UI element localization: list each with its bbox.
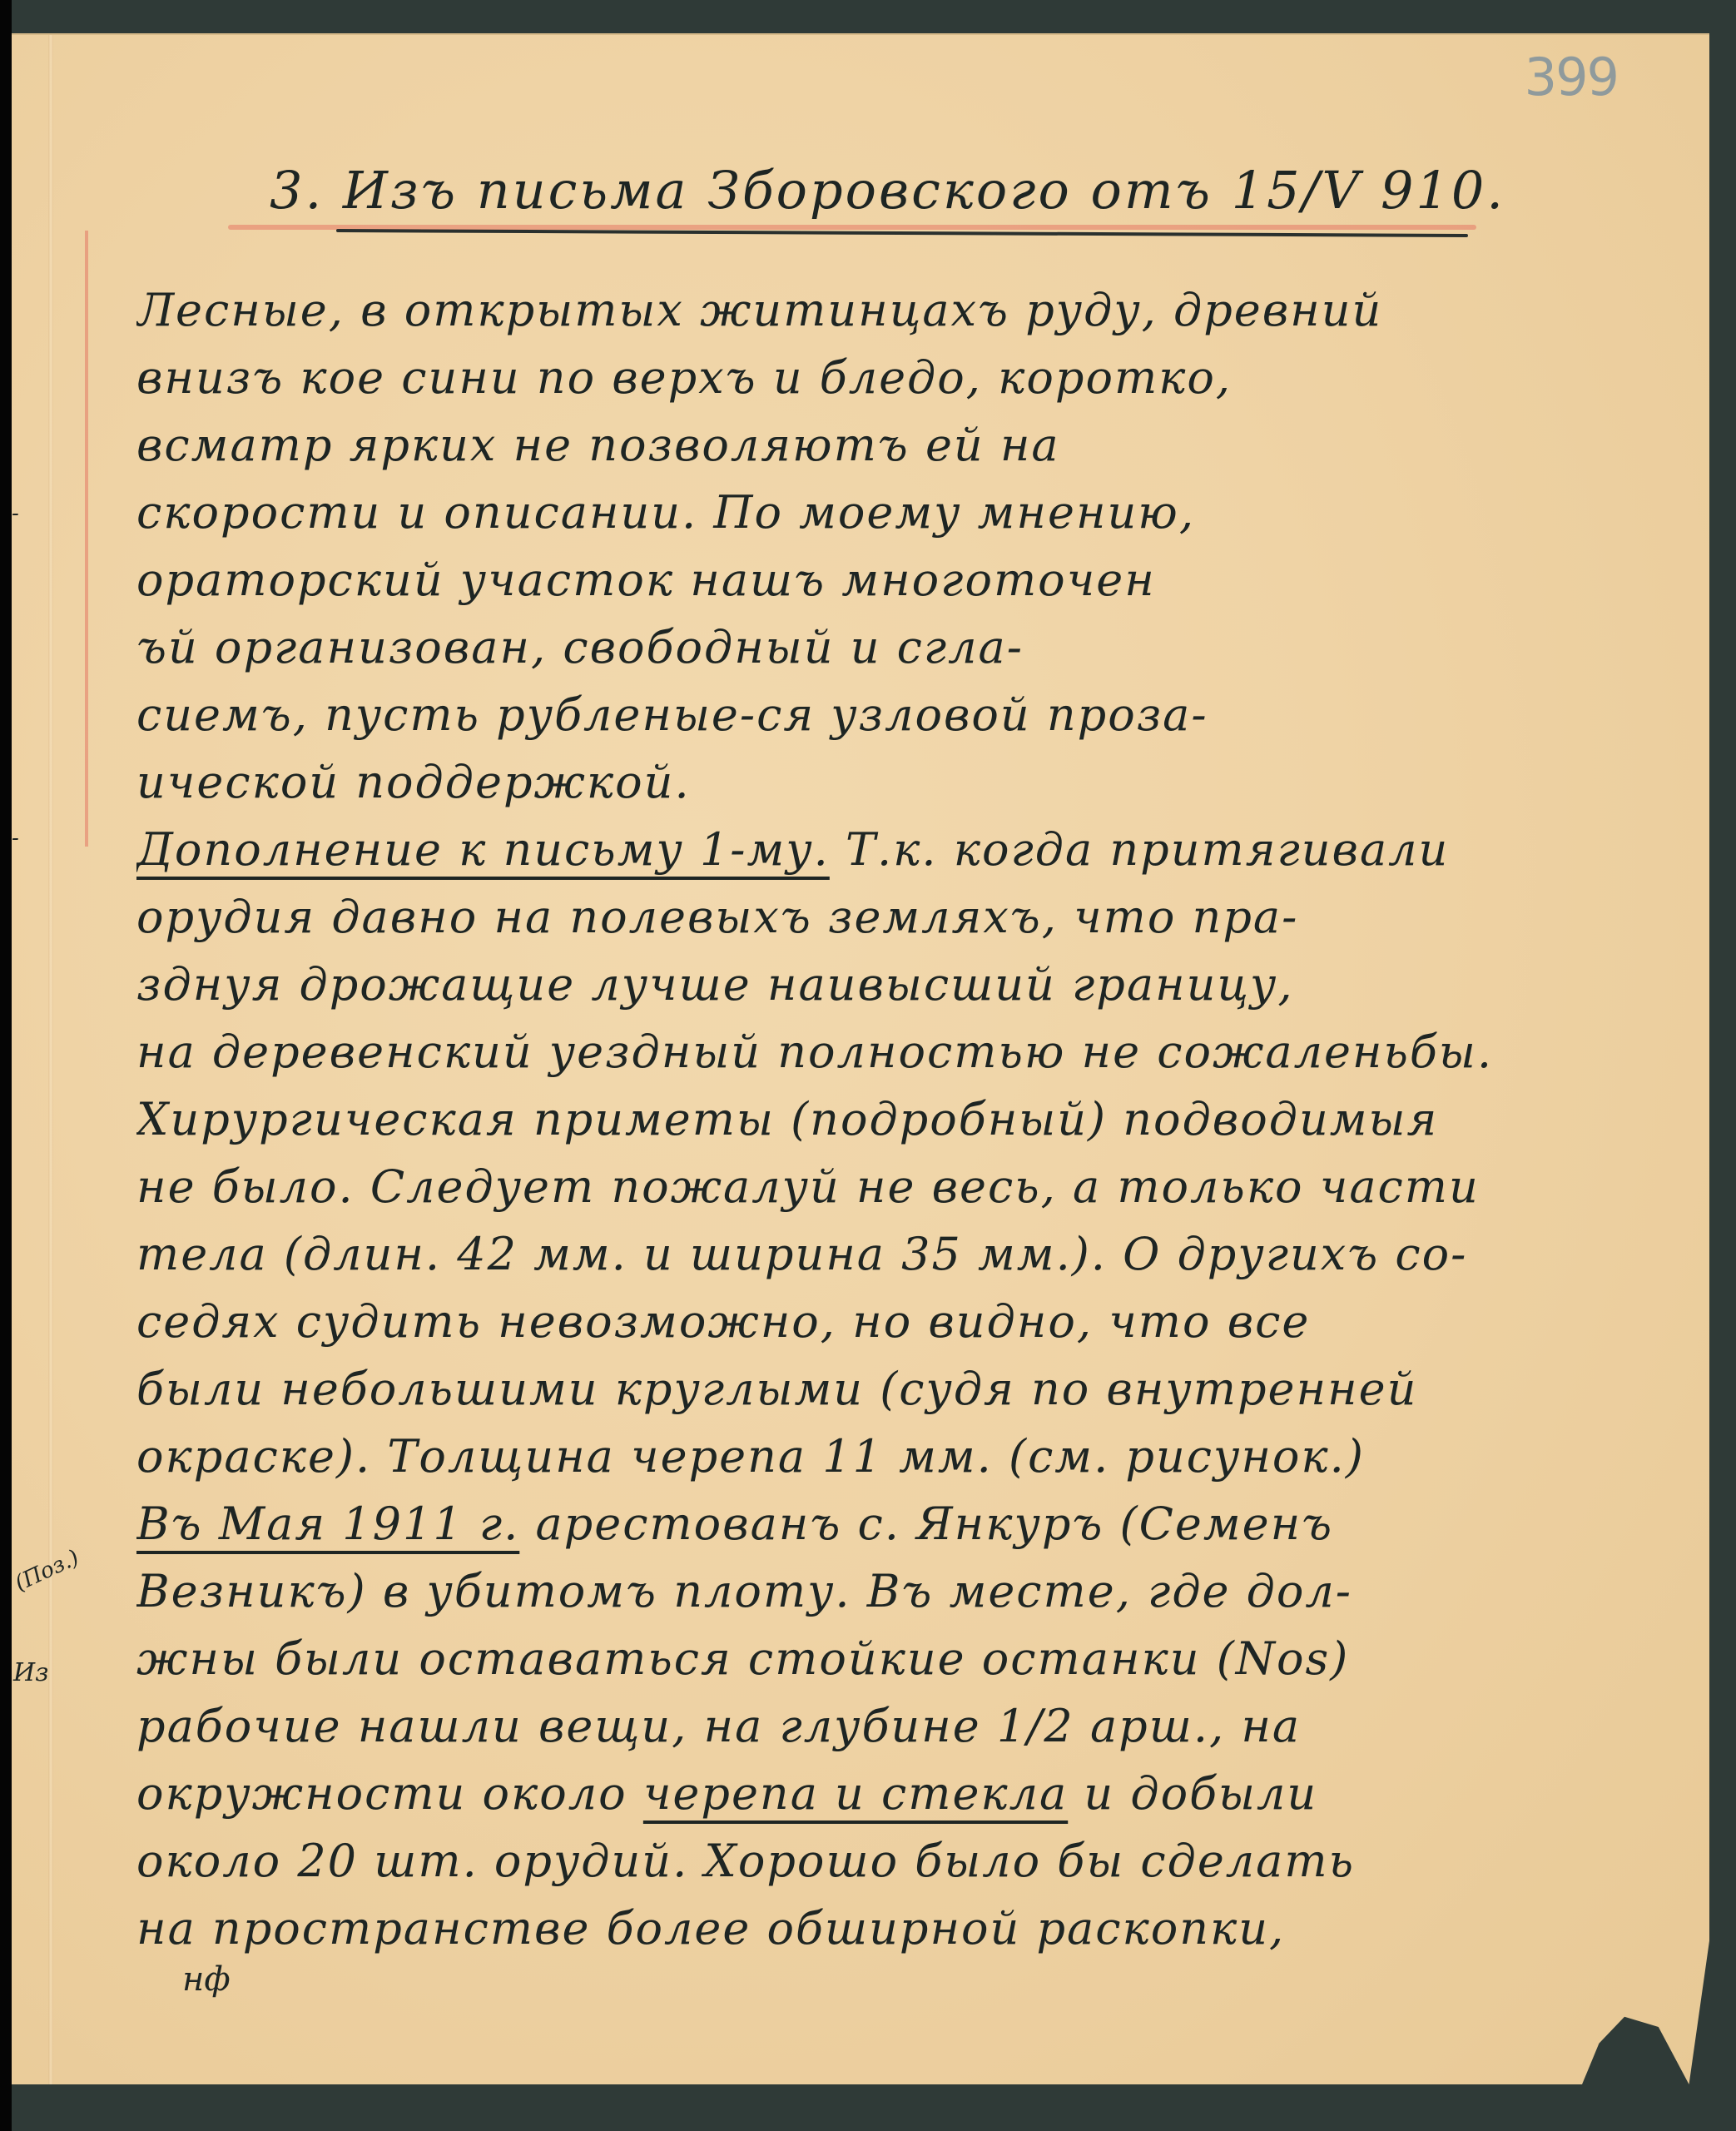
margin-tick-mark: -	[12, 826, 19, 851]
text-line: жны были оставаться стойкие останки (Nos…	[136, 1625, 1701, 1692]
letter-title: 3. Изъ письма Зборовского отъ 15/V 910.	[270, 160, 1505, 221]
text-line: тела (длин. 42 мм. и ширина 35 мм.). О д…	[136, 1220, 1701, 1288]
text-line-underlined-phrase: окружности около черепа и стекла и добыл…	[136, 1760, 1701, 1827]
margin-annotation: Из	[13, 1658, 49, 1687]
manuscript-page: 399 3. Изъ письма Зборовского отъ 15/V 9…	[12, 33, 1709, 2084]
text-line: ической поддержкой.	[136, 748, 1701, 816]
text-line: всматр ярких не позволяютъ ей на	[136, 411, 1701, 479]
text-line: Лесные, в открытых житинцахъ руду, древн…	[136, 276, 1701, 344]
underlined-phrase: черепа и стекла	[643, 1767, 1068, 1820]
text-line: на пространстве более обширной раскопки,	[136, 1895, 1701, 1962]
text-line: рабочие нашли вещи, на глубине 1/2 арш.,…	[136, 1692, 1701, 1760]
scanner-edge-strip	[0, 0, 12, 2131]
margin-tick-mark: -	[12, 501, 19, 526]
text-line: ораторский участок нашъ многоточен	[136, 546, 1701, 613]
title-ink-underline	[336, 229, 1468, 237]
text-line: Везникъ) в убитомъ плоту. Въ месте, где …	[136, 1557, 1701, 1625]
text-line: седях судить невозможно, но видно, что в…	[136, 1288, 1701, 1355]
text-line: Хирургическая приметы (подробный) подвод…	[136, 1085, 1701, 1153]
text-line-dated-entry: Въ Мая 1911 г. арестованъ с. Янкуръ (Сем…	[136, 1490, 1701, 1557]
text-line: на деревенский уездный полностью не сожа…	[136, 1018, 1701, 1085]
red-margin-line	[85, 231, 88, 847]
margin-annotation: (Поз.)	[11, 1545, 82, 1596]
text-fragment: и добыли	[1084, 1767, 1317, 1820]
text-line: не было. Следует пожалуй не весь, а толь…	[136, 1153, 1701, 1220]
page-fold-crease	[48, 35, 53, 2084]
underlined-date: Въ Мая 1911 г.	[136, 1498, 519, 1550]
text-fragment: арестованъ с. Янкуръ (Семенъ	[535, 1498, 1333, 1550]
text-line-supplement-heading: Дополнение к письму 1-му. Т.к. когда при…	[136, 816, 1701, 883]
folio-number: 399	[1525, 47, 1618, 107]
text-line: внизъ кое сини по верхъ и бледо, коротко…	[136, 344, 1701, 411]
text-line: около 20 шт. орудий. Хорошо было бы сдел…	[136, 1827, 1701, 1895]
text-line: зднуя дрожащие лучше наивысший границу,	[136, 951, 1701, 1018]
text-fragment: Т.к. когда притягивали	[846, 823, 1449, 876]
text-line: скорости и описании. По моему мнению,	[136, 479, 1701, 546]
manuscript-text-body: Лесные, в открытых житинцахъ руду, древн…	[136, 276, 1701, 1962]
text-line: были небольшими круглыми (судя по внутре…	[136, 1355, 1701, 1423]
text-line: ъй организован, свободный и сгла-	[136, 613, 1701, 681]
text-line: окраске). Толщина черепа 11 мм. (см. рис…	[136, 1423, 1701, 1490]
text-fragment: окружности около	[136, 1767, 643, 1820]
text-line: сиемъ, пусть рубленые-ся узловой проза-	[136, 681, 1701, 748]
text-line: орудия давно на полевыхъ земляхъ, что пр…	[136, 883, 1701, 951]
bottom-scribble: нф	[182, 1960, 231, 1999]
underlined-supplement-heading: Дополнение к письму 1-му.	[136, 823, 830, 876]
